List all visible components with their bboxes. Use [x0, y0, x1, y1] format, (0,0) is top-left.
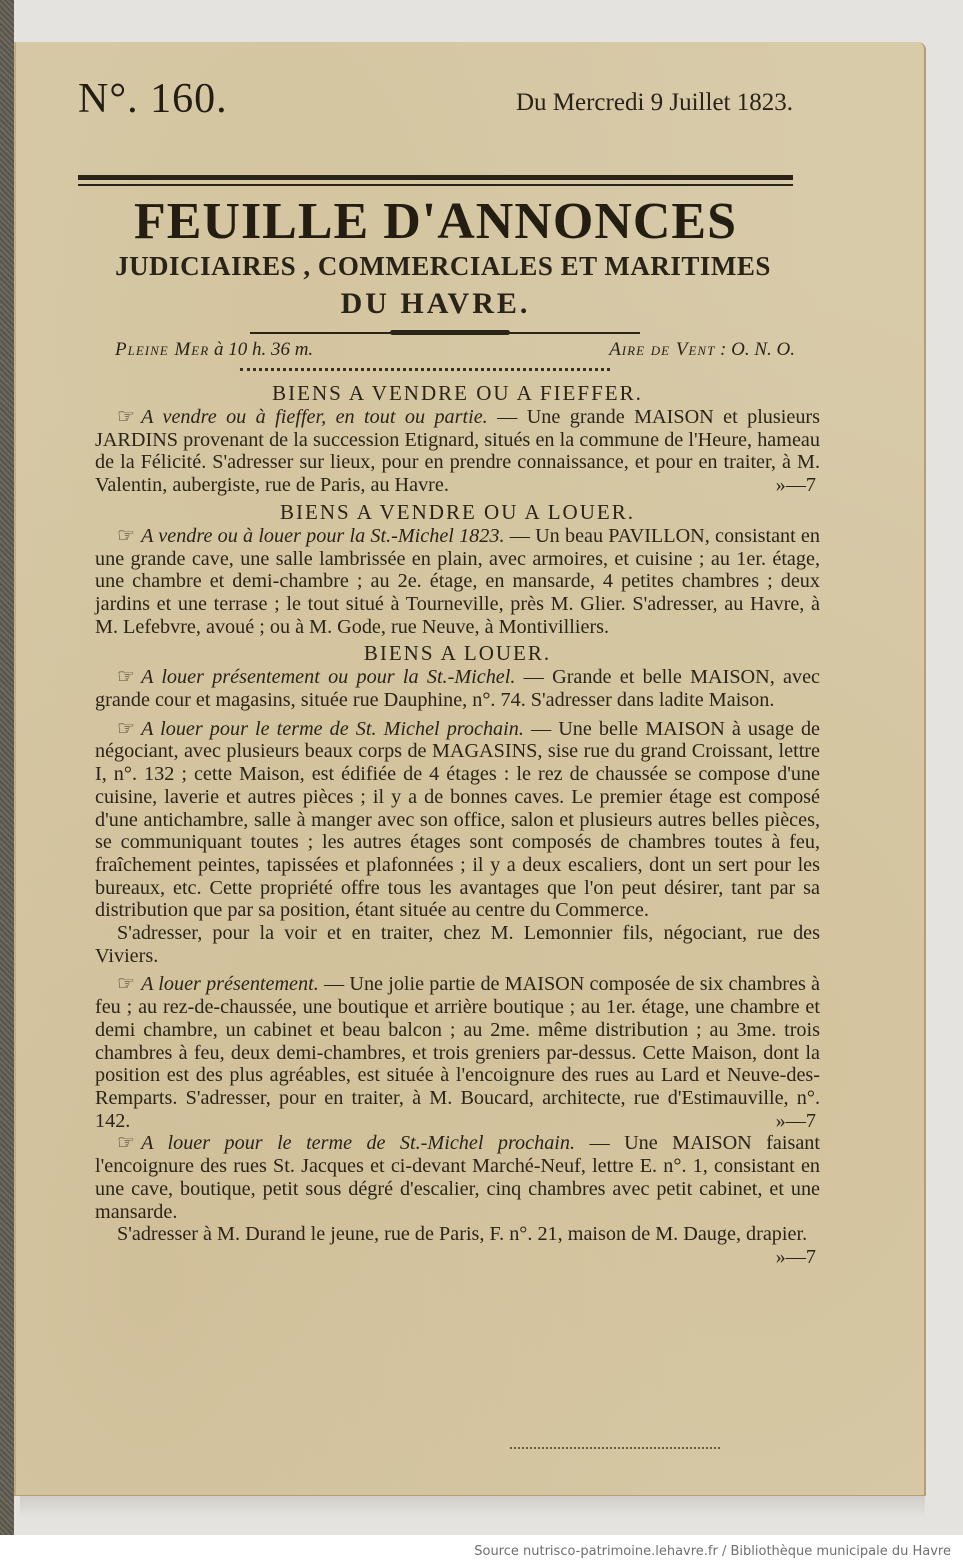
notice-lead: A vendre ou à louer pour la St.-Michel 1… [141, 525, 504, 547]
notice-continuation: S'adresser, pour la voir et en traiter, … [95, 922, 820, 967]
issue-number: N°. 160. [78, 75, 228, 123]
issue-date: Du Mercredi 9 Juillet 1823. [516, 89, 793, 117]
source-caption: Source nutrisco-patrimoine.lehavre.fr / … [474, 1544, 951, 1559]
page-end-ornament [510, 1447, 720, 1449]
page-fold [14, 42, 16, 1495]
manicule-icon: ☞ [117, 666, 135, 689]
notice: ☞A louer présentement ou pour la St.-Mic… [95, 666, 820, 711]
manicule-icon: ☞ [117, 406, 135, 429]
wind-label: Aire de Vent [609, 339, 715, 360]
book-binding [0, 0, 14, 1535]
notice-body: — Une jolie partie de MAISON composée de… [95, 973, 820, 1131]
notice: ☞A louer pour le terme de St.-Michel pro… [95, 1132, 820, 1223]
manicule-icon: ☞ [117, 718, 135, 741]
wind-direction: Aire de Vent : O. N. O. [609, 339, 795, 361]
newspaper-subtitle: JUDICIAIRES , COMMERCIALES ET MARITIMES [78, 250, 808, 282]
notice-continuation-text: S'adresser à M. Durand le jeune, rue de … [117, 1223, 807, 1245]
announcements-column: BIENS A VENDRE OU A FIEFFER. ☞A vendre o… [95, 378, 820, 1269]
title-ornamental-rule [250, 332, 640, 334]
notice-reference: »—7 [776, 474, 820, 497]
notice-lead: A louer pour le terme de St.-Michel proc… [141, 1132, 575, 1154]
notice-reference: »—7 [776, 1110, 820, 1133]
manicule-icon: ☞ [117, 973, 135, 996]
wind-value: : O. N. O. [720, 339, 795, 360]
page-shadow [20, 1494, 925, 1518]
notice-lead: A louer présentement ou pour la St.-Mich… [141, 666, 515, 688]
manicule-icon: ☞ [117, 1132, 135, 1155]
high-tide: Pleine Mer à 10 h. 36 m. [115, 339, 313, 361]
notice-lead: A vendre ou à fieffer, en tout ou partie… [141, 406, 488, 428]
high-tide-value: à 10 h. 36 m. [214, 339, 313, 360]
footer-bar: Source nutrisco-patrimoine.lehavre.fr / … [0, 1535, 963, 1566]
section-heading-louer: BIENS A LOUER. [95, 640, 820, 666]
notice-reference: »—7 [754, 1246, 820, 1269]
notice: ☞A vendre ou à fieffer, en tout ou parti… [95, 406, 820, 497]
section-heading-vendre-louer: BIENS A VENDRE OU A LOUER. [95, 499, 820, 525]
notice: ☞A louer présentement. — Une jolie parti… [95, 973, 820, 1132]
notice: ☞A louer pour le terme de St. Michel pro… [95, 718, 820, 922]
manicule-icon: ☞ [117, 525, 135, 548]
masthead-rule-thin [78, 184, 793, 186]
wavy-divider [240, 365, 610, 371]
masthead-rule-thick [78, 175, 793, 180]
notice-continuation: S'adresser à M. Durand le jeune, rue de … [95, 1223, 820, 1246]
notice-lead: A louer présentement. [141, 973, 319, 995]
notice: ☞A vendre ou à louer pour la St.-Michel … [95, 525, 820, 639]
newspaper-title: FEUILLE D'ANNONCES [78, 193, 793, 251]
section-heading-vendre-fieffer: BIENS A VENDRE OU A FIEFFER. [95, 380, 820, 406]
notice-body: — Une belle MAISON à usage de négociant,… [95, 718, 820, 922]
newspaper-city: DU HAVRE. [78, 287, 793, 321]
notice-lead: A louer pour le terme de St. Michel proc… [141, 718, 524, 740]
masthead-top-line: N°. 160. Du Mercredi 9 Juillet 1823. [78, 75, 793, 125]
high-tide-label: Pleine Mer [115, 339, 209, 360]
tide-wind-line: Pleine Mer à 10 h. 36 m. Aire de Vent : … [115, 339, 795, 365]
